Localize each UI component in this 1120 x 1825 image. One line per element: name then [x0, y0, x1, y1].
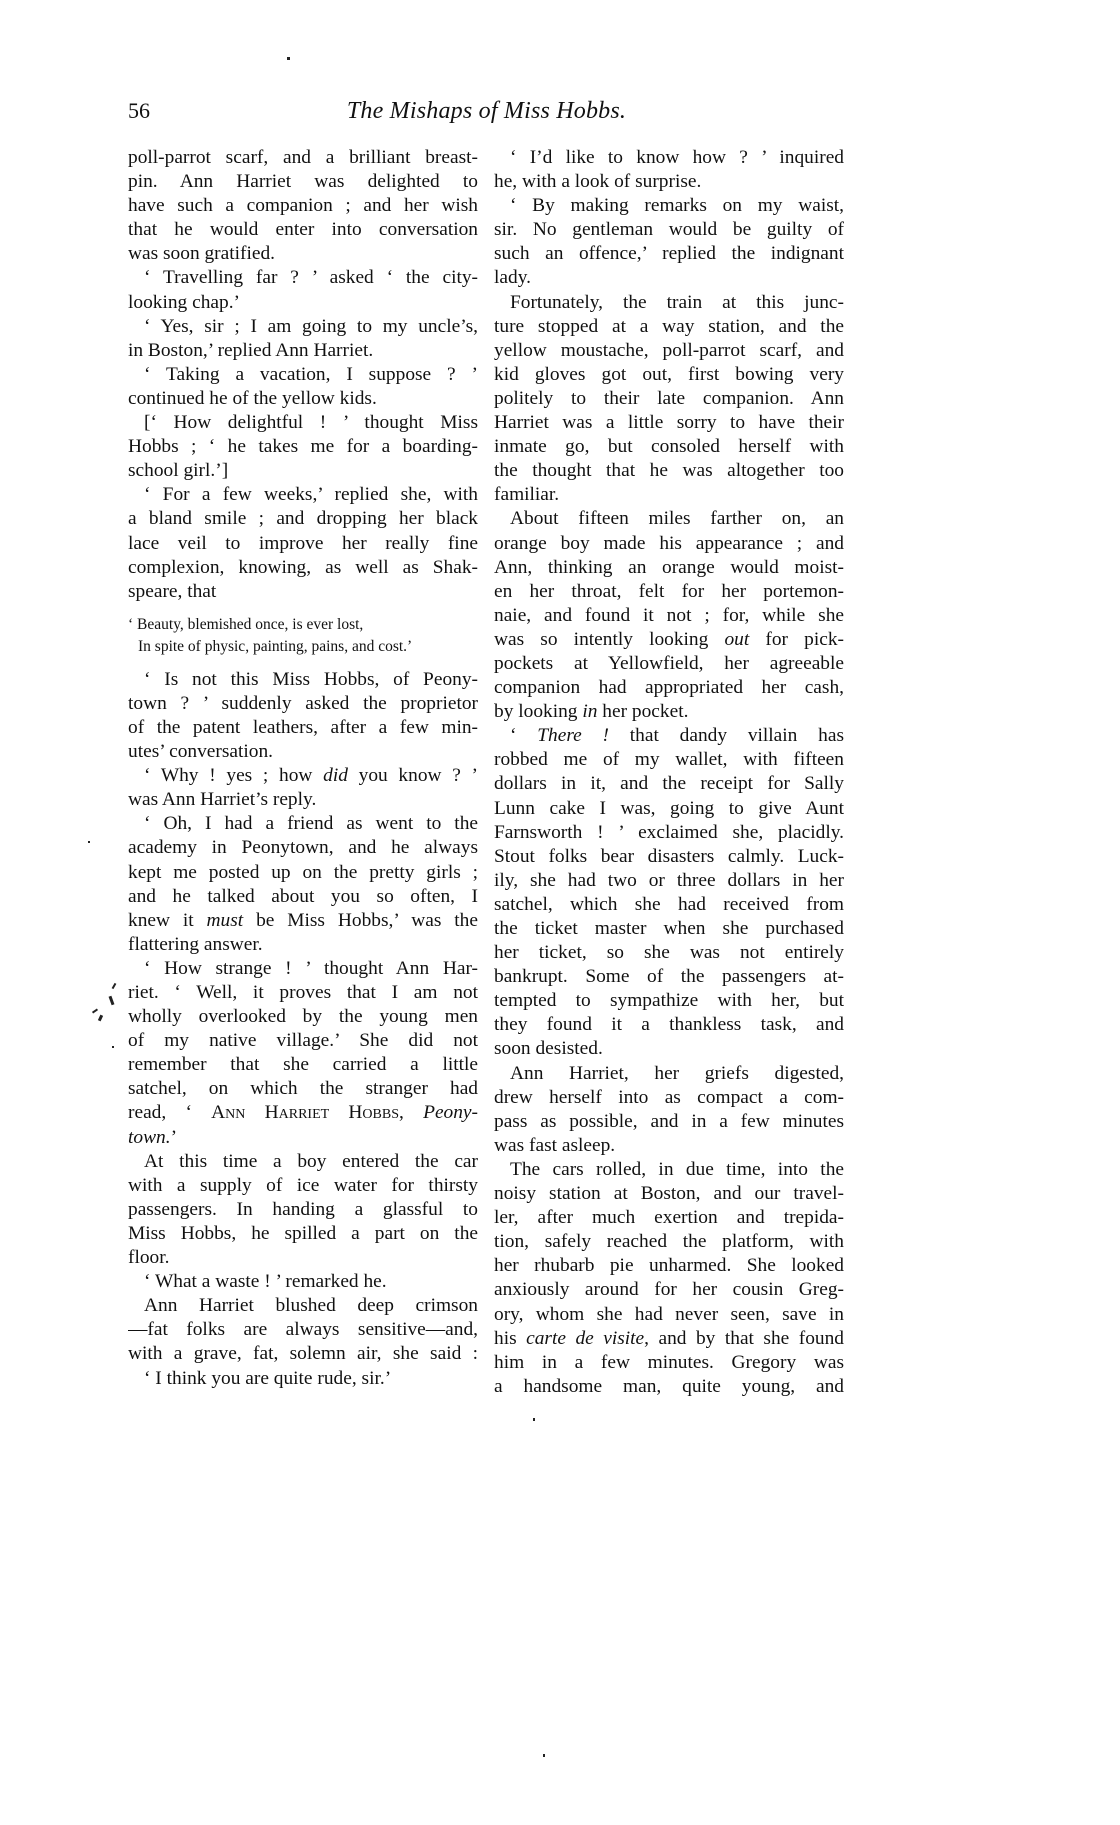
text: soon desisted. [494, 1038, 603, 1059]
text-line: Fortunately, the train at this junc- [494, 291, 844, 315]
text: ‘ I think you are quite rude, sir.’ [144, 1368, 391, 1389]
text-line: orange boy made his appearance ; and [494, 532, 844, 556]
text: tempted to sympathize with her, but [494, 990, 844, 1011]
text: [‘ How delightful ! ’ thought Miss [144, 412, 478, 433]
text: was Ann Harriet’s reply. [128, 789, 316, 810]
running-title: The Mishaps of Miss Hobbs. [128, 98, 845, 125]
text: robbed me of my wallet, with fifteen [494, 749, 844, 770]
text-line: utes’ conversation. [128, 740, 478, 764]
text: town ? ’ suddenly asked the proprietor [128, 693, 478, 714]
text: floor. [128, 1247, 169, 1268]
text-line: of the patent leathers, after a few min- [128, 716, 478, 740]
small-caps-text: Ann Harriet Hobbs, [211, 1102, 404, 1123]
text-line: his carte de visite, and by that she fou… [494, 1327, 844, 1351]
text: sir. No gentleman would be guilty of [494, 219, 844, 240]
text: politely to their late companion. Ann [494, 388, 844, 409]
text: satchel, on which the stranger had [128, 1078, 478, 1099]
text: —fat folks are always sensitive—and, [128, 1319, 478, 1340]
text-line: her rhubarb pie unharmed. She looked [494, 1254, 844, 1278]
text: was so intently looking [494, 629, 724, 650]
text-line: kid gloves got out, first bowing very [494, 363, 844, 387]
italic-text: did [323, 765, 348, 786]
text: of the patent leathers, after a few min- [128, 717, 478, 738]
italic-text: town. [128, 1127, 171, 1148]
text-line: remember that she carried a little [128, 1053, 478, 1077]
text: speare, that [128, 581, 216, 602]
italic-text: out [724, 629, 749, 650]
text: the thought that he was altogether too [494, 460, 844, 481]
text-line: was so intently looking out for pick- [494, 628, 844, 652]
text-line: ‘ Taking a vacation, I suppose ? ’ [128, 363, 478, 387]
text: kid gloves got out, first bowing very [494, 364, 844, 385]
text-line: Miss Hobbs, he spilled a part on the [128, 1222, 478, 1246]
text: Fortunately, the train at this junc- [510, 292, 844, 313]
text: of my native village.’ She did not [128, 1030, 478, 1051]
text-line: wholly overlooked by the young men [128, 1005, 478, 1029]
text-line: en her throat, felt for her portemon- [494, 580, 844, 604]
text-line: pockets at Yellowfield, her agreeable [494, 652, 844, 676]
text: passengers. In handing a glassful to [128, 1199, 478, 1220]
text: ture stopped at a way station, and the [494, 316, 844, 337]
text: familiar. [494, 484, 559, 505]
text-line: inmate go, but consoled herself with [494, 435, 844, 459]
text-line: Ann Harriet blushed deep crimson [128, 1294, 478, 1318]
text-line: [‘ How delightful ! ’ thought Miss [128, 411, 478, 435]
text-line: was soon gratified. [128, 242, 478, 266]
text-line: ‘ What a waste ! ’ remarked he. [128, 1270, 478, 1294]
text: school girl.’] [128, 460, 228, 481]
text: you know ? ’ [348, 765, 478, 786]
marginal-mark [92, 1008, 98, 1013]
text: lace veil to improve her really fine [128, 533, 478, 554]
text: complexion, knowing, as well as Shak- [128, 557, 478, 578]
text: they found it a thankless task, and [494, 1014, 844, 1035]
text-line: Ann, thinking an orange would moist- [494, 556, 844, 580]
text-line: complexion, knowing, as well as Shak- [128, 556, 478, 580]
text-line: At this time a boy entered the car [128, 1150, 478, 1174]
text: ’ [171, 1127, 177, 1148]
text: satchel, which she had received from [494, 894, 844, 915]
text: ler, after much exertion and trepida- [494, 1207, 844, 1228]
text: ‘ How strange ! ’ thought Ann Har- [144, 958, 478, 979]
text: a handsome man, quite young, and [494, 1376, 844, 1397]
text-line: soon desisted. [494, 1037, 844, 1061]
text: ‘ Taking a vacation, I suppose ? ’ [144, 364, 478, 385]
italic-text: There ! [537, 725, 609, 746]
text-line: sir. No gentleman would be guilty of [494, 218, 844, 242]
text-line: The cars rolled, in due time, into the [494, 1158, 844, 1182]
text-line: ‘ I’d like to know how ? ’ inquired [494, 146, 844, 170]
text: Harriet was a little sorry to have their [494, 412, 844, 433]
spacer [128, 604, 478, 614]
text: pass as possible, and in a few minutes [494, 1111, 844, 1132]
text: ‘ Is not this Miss Hobbs, of Peony- [144, 669, 478, 690]
text: naie, and found it not ; for, while she [494, 605, 844, 626]
text: her rhubarb pie unharmed. She looked [494, 1255, 844, 1276]
text-line: floor. [128, 1246, 478, 1270]
text-line: academy in Peonytown, and he always [128, 836, 478, 860]
text-line: passengers. In handing a glassful to [128, 1198, 478, 1222]
text: ‘ What a waste ! ’ remarked he. [144, 1271, 387, 1292]
text-line: riet. ‘ Well, it proves that I am not [128, 981, 478, 1005]
text: that he would enter into conversation [128, 219, 478, 240]
text-line: ily, she had two or three dollars in her [494, 869, 844, 893]
ink-speck [533, 1418, 535, 1421]
text-line: pin. Ann Harriet was delighted to [128, 170, 478, 194]
text-line: Hobbs ; ‘ he takes me for a boarding- [128, 435, 478, 459]
text: pockets at Yellowfield, her agreeable [494, 653, 844, 674]
text: Lunn cake I was, going to give Aunt [494, 798, 844, 819]
text-line: tion, safely reached the platform, with [494, 1230, 844, 1254]
text: ‘ By making remarks on my waist, [510, 195, 844, 216]
text: Ann Harriet, her griefs digested, [510, 1063, 844, 1084]
text: companion had appropriated her cash, [494, 677, 844, 698]
text: was fast asleep. [494, 1135, 615, 1156]
text: wholly overlooked by the young men [128, 1006, 478, 1027]
text-line: drew herself into as compact a com- [494, 1086, 844, 1110]
text: academy in Peonytown, and he always [128, 837, 478, 858]
text-line: bankrupt. Some of the passengers at- [494, 965, 844, 989]
ink-speck [543, 1754, 545, 1757]
text: Miss Hobbs, he spilled a part on the [128, 1223, 478, 1244]
text: ‘ Why ! yes ; how [144, 765, 323, 786]
text: her ticket, so she was not entirely [494, 942, 844, 963]
text-line: noisy station at Boston, and our travel- [494, 1182, 844, 1206]
ink-speck [287, 57, 290, 60]
text-line: poll-parrot scarf, and a brilliant breas… [128, 146, 478, 170]
text-line: ‘ By making remarks on my waist, [494, 194, 844, 218]
left-column: poll-parrot scarf, and a brilliant breas… [128, 146, 478, 1391]
text-line: have such a companion ; and her wish [128, 194, 478, 218]
text-line: read, ‘ Ann Harriet Hobbs, Peony- [128, 1101, 478, 1125]
text-line: him in a few minutes. Gregory was [494, 1351, 844, 1375]
text: ‘ [510, 725, 537, 746]
text: knew it [128, 910, 207, 931]
ink-speck [88, 841, 90, 843]
ink-speck [112, 1046, 114, 1048]
text-line: looking chap.’ [128, 291, 478, 315]
italic-text: carte de visite [526, 1328, 644, 1349]
text-line: ‘ Is not this Miss Hobbs, of Peony- [128, 668, 478, 692]
text-line: kept me posted up on the pretty girls ; [128, 861, 478, 885]
text: ‘ Travelling far ? ’ asked ‘ the city- [144, 267, 478, 288]
text-line: and he talked about you so often, I [128, 885, 478, 909]
text-line: they found it a thankless task, and [494, 1013, 844, 1037]
text: drew herself into as compact a com- [494, 1087, 844, 1108]
text-line: robbed me of my wallet, with fifteen [494, 748, 844, 772]
text-line: ture stopped at a way station, and the [494, 315, 844, 339]
text: ory, whom she had never seen, save in [494, 1304, 844, 1325]
text: was soon gratified. [128, 243, 275, 264]
text-line: pass as possible, and in a few minutes [494, 1110, 844, 1134]
text-line: school girl.’] [128, 459, 478, 483]
text: ‘ Oh, I had a friend as went to the [144, 813, 478, 834]
text-line: speare, that [128, 580, 478, 604]
text-line: About fifteen miles farther on, an [494, 507, 844, 531]
text: for pick- [749, 629, 844, 650]
text-line: ‘ There ! that dandy villain has [494, 724, 844, 748]
text: he, with a look of surprise. [494, 171, 701, 192]
text: orange boy made his appearance ; and [494, 533, 844, 554]
text: Farnsworth ! ’ exclaimed she, placidly. [494, 822, 844, 843]
text-line: the ticket master when she purchased [494, 917, 844, 941]
text: by looking [494, 701, 582, 722]
text: kept me posted up on the pretty girls ; [128, 862, 478, 883]
text-line: of my native village.’ She did not [128, 1029, 478, 1053]
text-line: lady. [494, 266, 844, 290]
text-line: —fat folks are always sensitive—and, [128, 1318, 478, 1342]
text-line: was fast asleep. [494, 1134, 844, 1158]
text-line: knew it must be Miss Hobbs,’ was the [128, 909, 478, 933]
spacer [128, 658, 478, 668]
text: About fifteen miles farther on, an [510, 508, 844, 529]
marginal-mark [112, 983, 117, 989]
text-line: satchel, on which the stranger had [128, 1077, 478, 1101]
text-line: Farnsworth ! ’ exclaimed she, placidly. [494, 821, 844, 845]
text: The cars rolled, in due time, into the [510, 1159, 844, 1180]
text-line: ‘ I think you are quite rude, sir.’ [128, 1367, 478, 1391]
text-line: that he would enter into conversation [128, 218, 478, 242]
verse-line: ‘ Beauty, blemished once, is ever lost, [128, 614, 478, 636]
text-line: ‘ Travelling far ? ’ asked ‘ the city- [128, 266, 478, 290]
text-line: such an offence,’ replied the indignant [494, 242, 844, 266]
text-line: flattering answer. [128, 933, 478, 957]
text: have such a companion ; and her wish [128, 195, 478, 216]
text: read, ‘ [128, 1102, 211, 1123]
text-line: Lunn cake I was, going to give Aunt [494, 797, 844, 821]
text: looking chap.’ [128, 292, 240, 313]
text-line: lace veil to improve her really fine [128, 532, 478, 556]
text-line: dollars in it, and the receipt for Sally [494, 772, 844, 796]
italic-text: Peony- [423, 1102, 478, 1123]
text: dollars in it, and the receipt for Sally [494, 773, 844, 794]
text-line: ory, whom she had never seen, save in [494, 1303, 844, 1327]
text-line: politely to their late companion. Ann [494, 387, 844, 411]
text-line: town.’ [128, 1126, 478, 1150]
right-column: ‘ I’d like to know how ? ’ inquiredhe, w… [494, 146, 844, 1399]
text: riet. ‘ Well, it proves that I am not [128, 982, 478, 1003]
text-line: ‘ For a few weeks,’ replied she, with [128, 483, 478, 507]
text: a bland smile ; and dropping her black [128, 508, 478, 529]
text-line: with a grave, fat, solemn air, she said … [128, 1342, 478, 1366]
text: flattering answer. [128, 934, 263, 955]
text-line: companion had appropriated her cash, [494, 676, 844, 700]
running-head: 56 The Mishaps of Miss Hobbs. [128, 98, 845, 134]
text-line: continued he of the yellow kids. [128, 387, 478, 411]
text-line: a handsome man, quite young, and [494, 1375, 844, 1399]
text: ‘ I’d like to know how ? ’ inquired [510, 147, 844, 168]
text: his [494, 1328, 526, 1349]
text-line: by looking in her pocket. [494, 700, 844, 724]
text-line: tempted to sympathize with her, but [494, 989, 844, 1013]
text: the ticket master when she purchased [494, 918, 844, 939]
text: noisy station at Boston, and our travel- [494, 1183, 844, 1204]
text: bankrupt. Some of the passengers at- [494, 966, 844, 987]
text-line: anxiously around for her cousin Greg- [494, 1278, 844, 1302]
text-line: naie, and found it not ; for, while she [494, 604, 844, 628]
text-line: was Ann Harriet’s reply. [128, 788, 478, 812]
text: with a supply of ice water for thirsty [128, 1175, 478, 1196]
text: Ann, thinking an orange would moist- [494, 557, 844, 578]
text: be Miss Hobbs,’ was the [243, 910, 478, 931]
text: Stout folks bear disasters calmly. Luck- [494, 846, 844, 867]
text-line: with a supply of ice water for thirsty [128, 1174, 478, 1198]
text-line: yellow moustache, poll-parrot scarf, and [494, 339, 844, 363]
text: such an offence,’ replied the indignant [494, 243, 844, 264]
text-line: ‘ Oh, I had a friend as went to the [128, 812, 478, 836]
text-line: her ticket, so she was not entirely [494, 941, 844, 965]
marginal-mark [109, 996, 115, 1005]
text-line: town ? ’ suddenly asked the proprietor [128, 692, 478, 716]
verse-line: In spite of physic, painting, pains, and… [128, 636, 478, 658]
text: him in a few minutes. Gregory was [494, 1352, 844, 1373]
text-line: a bland smile ; and dropping her black [128, 507, 478, 531]
text: yellow moustache, poll-parrot scarf, and [494, 340, 844, 361]
text: in Boston,’ replied Ann Harriet. [128, 340, 373, 361]
text: en her throat, felt for her portemon- [494, 581, 844, 602]
italic-text: must [207, 910, 244, 931]
text: tion, safely reached the platform, with [494, 1231, 844, 1252]
text-line: satchel, which she had received from [494, 893, 844, 917]
book-page: 56 The Mishaps of Miss Hobbs. poll-parro… [0, 0, 1120, 1825]
text-line: in Boston,’ replied Ann Harriet. [128, 339, 478, 363]
text: ‘ For a few weeks,’ replied she, with [144, 484, 478, 505]
text-line: Ann Harriet, her griefs digested, [494, 1062, 844, 1086]
text: Hobbs ; ‘ he takes me for a boarding- [128, 436, 478, 457]
text: her pocket. [597, 701, 688, 722]
text: , and by that she found [644, 1328, 844, 1349]
text: pin. Ann Harriet was delighted to [128, 171, 478, 192]
text: poll-parrot scarf, and a brilliant breas… [128, 147, 478, 168]
text: inmate go, but consoled herself with [494, 436, 844, 457]
text: ‘ Yes, sir ; I am going to my uncle’s, [144, 316, 478, 337]
text: continued he of the yellow kids. [128, 388, 377, 409]
text: that dandy villain has [609, 725, 844, 746]
text: lady. [494, 267, 531, 288]
text: utes’ conversation. [128, 741, 273, 762]
text-line: he, with a look of surprise. [494, 170, 844, 194]
text [404, 1102, 423, 1123]
text-line: the thought that he was altogether too [494, 459, 844, 483]
text-line: Harriet was a little sorry to have their [494, 411, 844, 435]
text-line: Stout folks bear disasters calmly. Luck- [494, 845, 844, 869]
text-line: ‘ Why ! yes ; how did you know ? ’ [128, 764, 478, 788]
text-line: familiar. [494, 483, 844, 507]
text: ily, she had two or three dollars in her [494, 870, 844, 891]
text: anxiously around for her cousin Greg- [494, 1279, 844, 1300]
text: remember that she carried a little [128, 1054, 478, 1075]
text: and he talked about you so often, I [128, 886, 478, 907]
text-line: ‘ Yes, sir ; I am going to my uncle’s, [128, 315, 478, 339]
text: At this time a boy entered the car [144, 1151, 478, 1172]
text-line: ‘ How strange ! ’ thought Ann Har- [128, 957, 478, 981]
italic-text: in [582, 701, 597, 722]
marginal-mark [98, 1015, 103, 1022]
text-line: ler, after much exertion and trepida- [494, 1206, 844, 1230]
text: Ann Harriet blushed deep crimson [144, 1295, 478, 1316]
text: with a grave, fat, solemn air, she said … [128, 1343, 478, 1364]
